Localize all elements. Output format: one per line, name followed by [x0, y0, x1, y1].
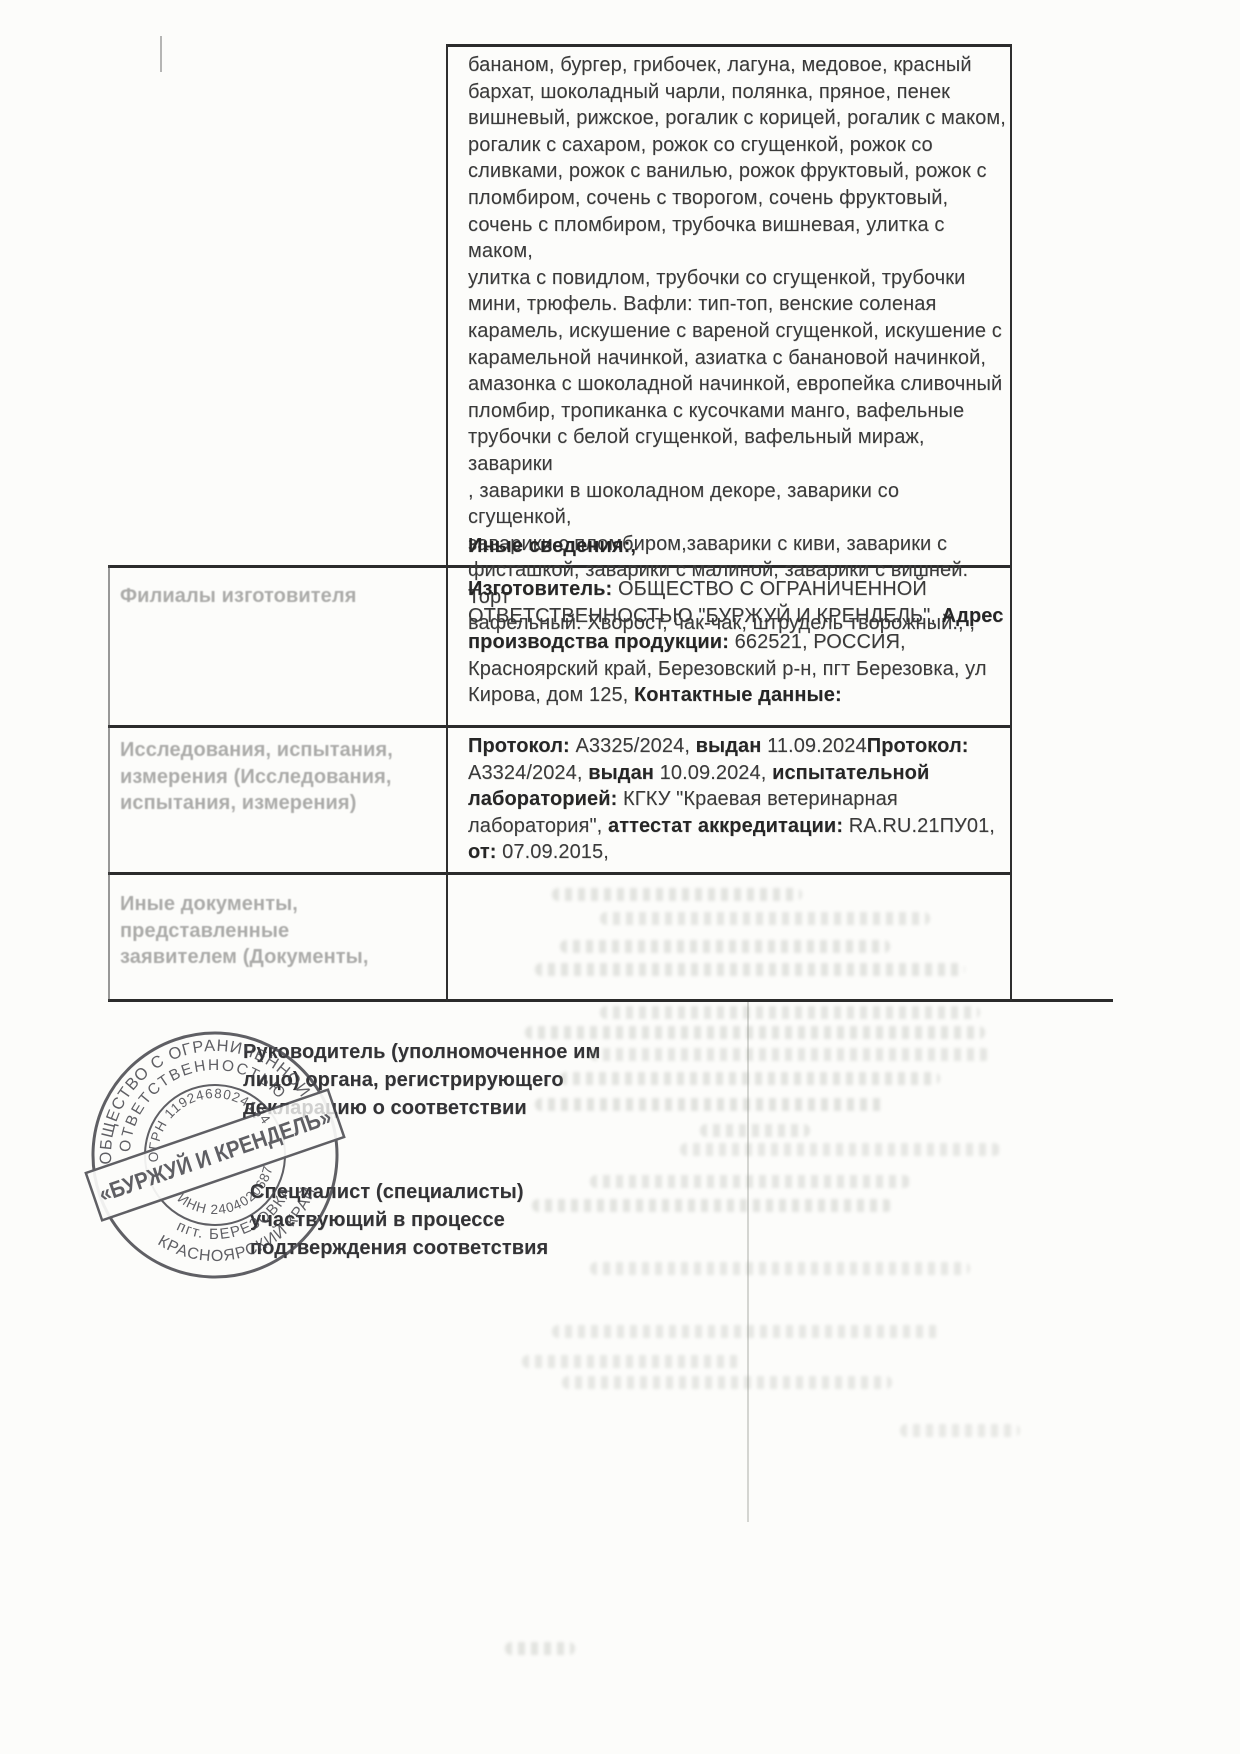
bleed-through-text — [562, 1376, 892, 1389]
bleed-through-text — [560, 1072, 940, 1085]
bleed-through-text — [535, 963, 965, 976]
bleed-through-text — [522, 1355, 742, 1368]
bleed-through-text — [552, 888, 802, 901]
bleed-through-text — [590, 1175, 910, 1188]
bleed-through-text — [680, 1143, 1000, 1156]
row-label-tests-measurements: Исследования, испытания, измерения (Иссл… — [120, 737, 450, 817]
bleed-through-text — [532, 1199, 892, 1212]
bleed-through-text — [590, 1262, 970, 1275]
bleed-through-text — [552, 1325, 942, 1338]
manufacturer-cell: Изготовитель: ОБЩЕСТВО С ОГРАНИЧЕННОЙ ОТ… — [468, 576, 1013, 709]
bleed-through-text — [700, 1124, 810, 1137]
table-column-divider — [446, 44, 448, 1001]
bleed-through-text — [505, 1642, 575, 1655]
bleed-through-text — [600, 1006, 980, 1019]
bleed-through-text — [590, 1048, 990, 1061]
bleed-through-text — [535, 1098, 885, 1111]
table-border-row2 — [108, 725, 1012, 728]
table-border-top — [446, 44, 1012, 47]
other-info-label: Иные сведения:, — [468, 533, 1008, 560]
bleed-through-text — [560, 940, 890, 953]
test-protocols-cell: Протокол: А3325/2024, выдан 11.09.2024Пр… — [468, 733, 1013, 866]
row-label-manufacturer-branches: Филиалы изготовителя — [120, 583, 430, 610]
bleed-through-text — [525, 1026, 985, 1039]
table-border-left — [108, 565, 110, 1001]
bleed-through-text — [600, 912, 930, 925]
scanned-declaration-page: бананом, бургер, грибочек, лагуна, медов… — [0, 0, 1240, 1754]
bleed-through-text — [900, 1424, 1020, 1437]
row-label-other-documents: Иные документы, представленные заявителе… — [120, 891, 450, 971]
table-border-row3 — [108, 872, 1012, 875]
scan-artifact-line — [160, 36, 162, 72]
